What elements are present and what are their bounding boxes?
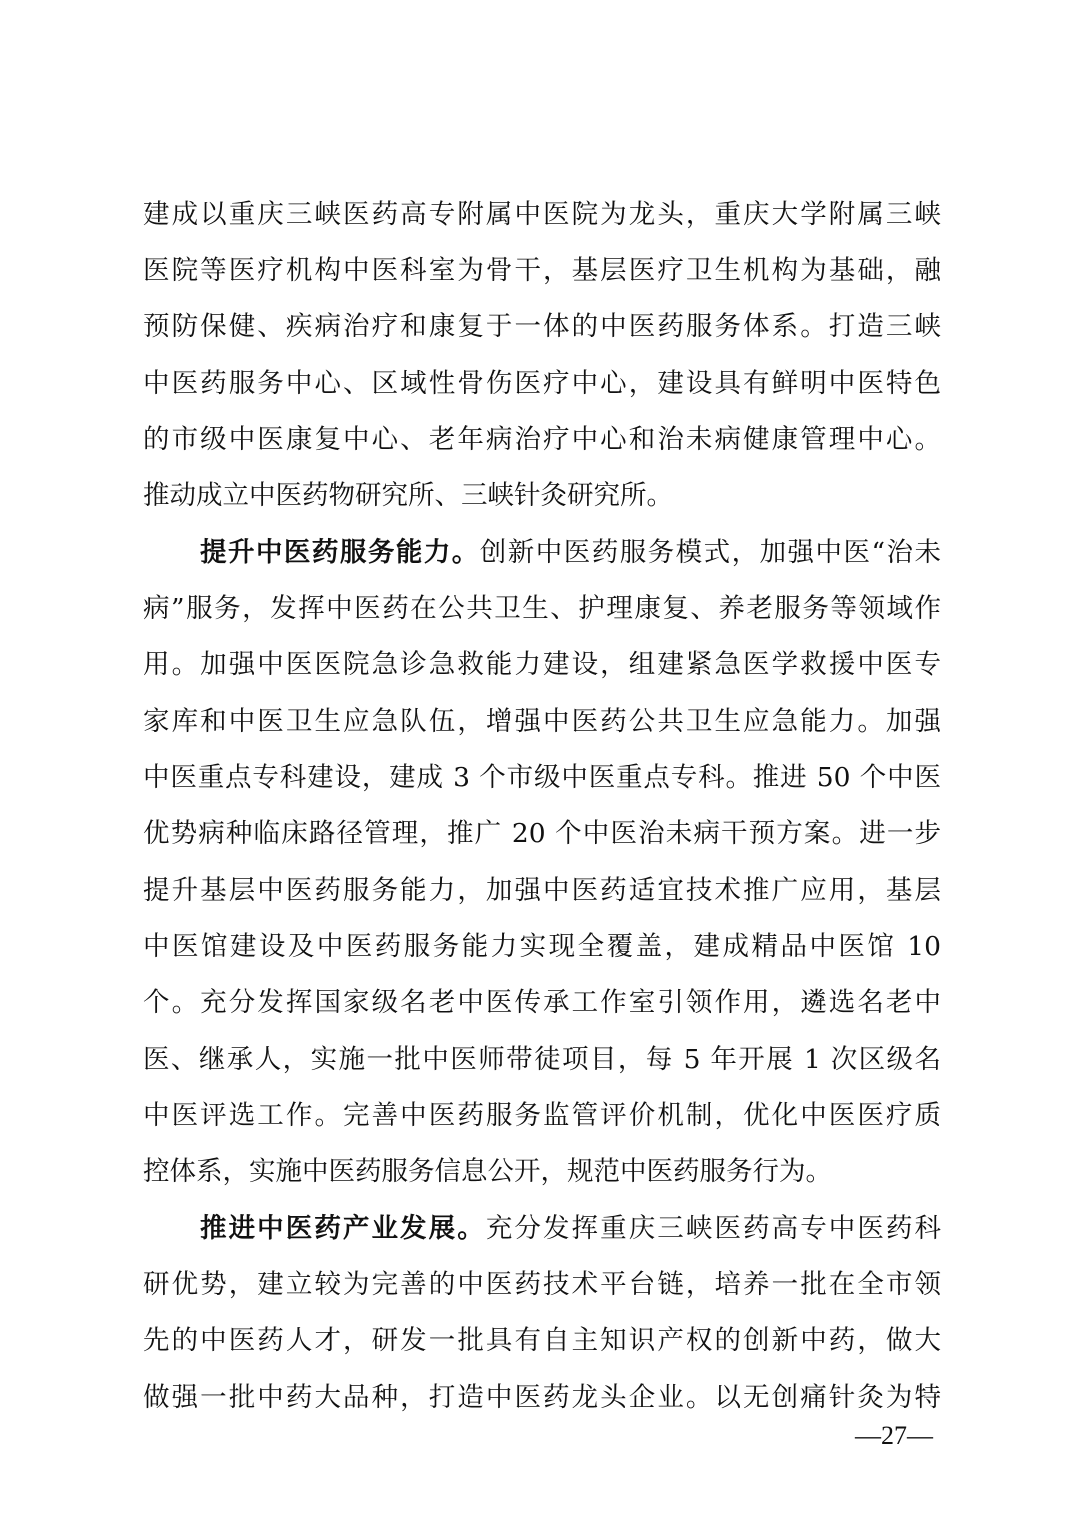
paragraph-line: 中医药服务中心、区域性骨伤医疗中心，建设具有鲜明中医特色 <box>143 364 941 404</box>
paragraph-first-line: 提升中医药服务能力。创新中医药服务模式，加强中医“治未 <box>143 533 941 573</box>
paragraph-line: 提升基层中医药服务能力，加强中医药适宜技术推广应用，基层 <box>143 871 941 911</box>
paragraph-line: 病”服务，发挥中医药在公共卫生、护理康复、养老服务等领域作 <box>143 589 941 629</box>
paragraph-line: 先的中医药人才，研发一批具有自主知识产权的创新中药，做大 <box>143 1321 941 1361</box>
paragraph-line: 预防保健、疾病治疗和康复于一体的中医药服务体系。打造三峡 <box>143 307 941 347</box>
section-heading: 提升中医药服务能力。 <box>200 537 480 568</box>
paragraph-line: 家库和中医卫生应急队伍，增强中医药公共卫生应急能力。加强 <box>143 702 941 742</box>
paragraph-line: 优势病种临床路径管理，推广 20 个中医治未病干预方案。进一步 <box>143 814 941 854</box>
paragraph-line: 个。充分发挥国家级名老中医传承工作室引领作用，遴选名老中 <box>143 983 941 1023</box>
paragraph-line: 医院等医疗机构中医科室为骨干，基层医疗卫生机构为基础，融 <box>143 251 941 291</box>
paragraph-line: 中医馆建设及中医药服务能力实现全覆盖，建成精品中医馆 10 <box>143 927 941 967</box>
paragraph-line: 做强一批中药大品种，打造中医药龙头企业。以无创痛针灸为特 <box>143 1378 941 1418</box>
paragraph-line: 控体系，实施中医药服务信息公开，规范中医药服务行为。 <box>143 1152 941 1192</box>
paragraph-text: 充分发挥重庆三峡医药高专中医药科 <box>486 1213 941 1244</box>
paragraph-line: 推动成立中医药物研究所、三峡针灸研究所。 <box>143 476 941 516</box>
paragraph-line: 研优势，建立较为完善的中医药技术平台链，培养一批在全市领 <box>143 1265 941 1305</box>
paragraph-line: 建成以重庆三峡医药高专附属中医院为龙头，重庆大学附属三峡 <box>143 195 941 235</box>
paragraph-text: 创新中医药服务模式，加强中医“治未 <box>480 537 941 568</box>
paragraph-line: 中医重点专科建设，建成 3 个市级中医重点专科。推进 50 个中医 <box>143 758 941 798</box>
document-page: 建成以重庆三峡医药高专附属中医院为龙头，重庆大学附属三峡 医院等医疗机构中医科室… <box>0 0 1074 1520</box>
paragraph-line: 医、继承人，实施一批中医师带徒项目，每 5 年开展 1 次区级名 <box>143 1040 941 1080</box>
paragraph-line: 的市级中医康复中心、老年病治疗中心和治未病健康管理中心。 <box>143 420 941 460</box>
paragraph-line: 中医评选工作。完善中医药服务监管评价机制，优化中医医疗质 <box>143 1096 941 1136</box>
paragraph-first-line: 推进中医药产业发展。充分发挥重庆三峡医药高专中医药科 <box>143 1209 941 1249</box>
section-heading: 推进中医药产业发展。 <box>200 1213 486 1244</box>
paragraph-line: 用。加强中医医院急诊急救能力建设，组建紧急医学救援中医专 <box>143 645 941 685</box>
page-number: —27— <box>855 1418 933 1454</box>
